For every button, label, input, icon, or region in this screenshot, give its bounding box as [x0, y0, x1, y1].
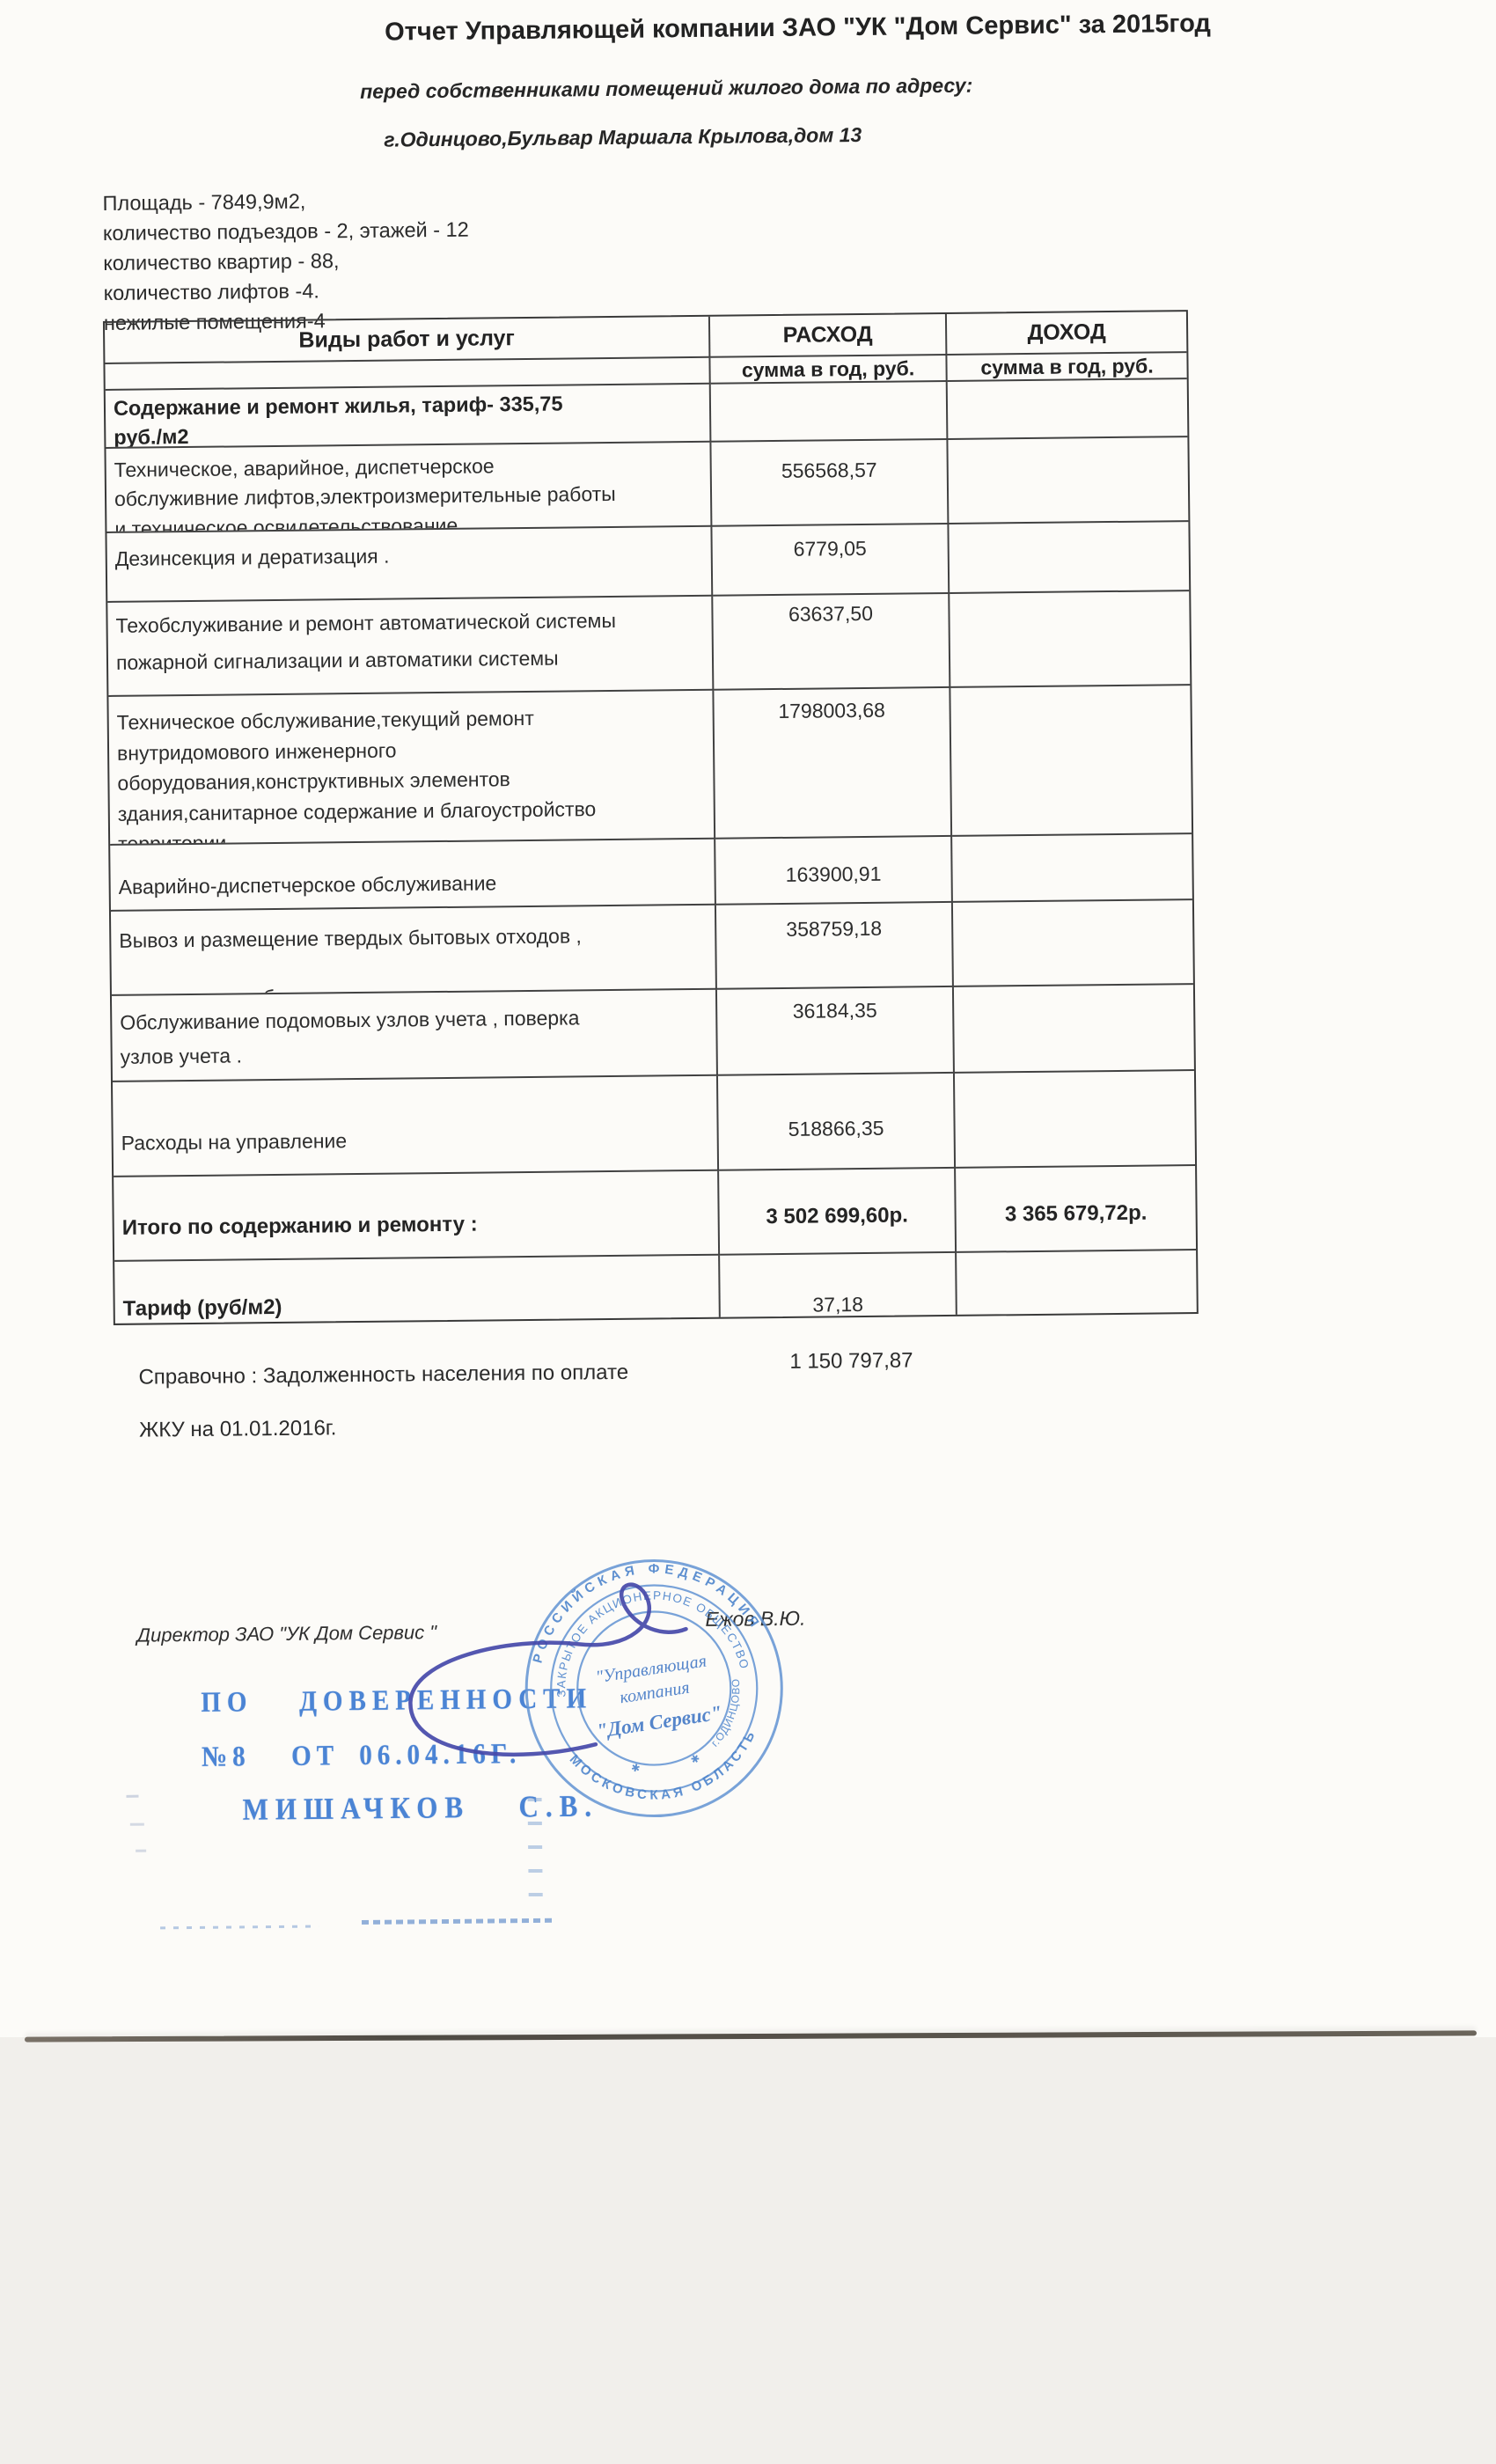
reference-debt-value: 1 150 797,87 — [789, 1348, 913, 1374]
table-row-income — [957, 1250, 1197, 1315]
table-row-income — [953, 900, 1193, 987]
table-row-income — [954, 985, 1194, 1074]
table-row-service: Дезинсекция и дератизация . — [106, 527, 713, 603]
report-subtitle: перед собственниками помещений жилого до… — [50, 70, 1282, 107]
scan-artifact-mark-2 — [130, 1823, 144, 1826]
signature-stroke — [409, 1584, 687, 1756]
reference-line-1: Справочно : Задолженность населения по о… — [138, 1360, 628, 1390]
reference-line-2: ЖКУ на 01.01.2016г. — [139, 1416, 336, 1442]
table-row-expense: 3 502 699,60р. — [719, 1169, 957, 1256]
table-row-income — [950, 686, 1192, 837]
table-row-income — [948, 379, 1188, 440]
scan-artifact-dashes-right — [362, 1918, 554, 1925]
table-row-income — [949, 522, 1189, 594]
scan-artifact-mark-1 — [126, 1795, 138, 1798]
table-row-service: Содержание и ремонт жилья, тариф- 335,75… — [106, 385, 712, 449]
header-services: Виды работ и услуг — [105, 317, 710, 364]
scan-artifact-vertical-dashes — [528, 1798, 543, 1912]
report-address: г.Одинцово,Бульвар Маршала Крылова,дом 1… — [51, 120, 1195, 156]
table-row-expense: 1798003,68 — [714, 688, 952, 840]
table-row-expense: 37,18 — [720, 1253, 957, 1317]
table-row-service: Тариф (руб/м2) — [114, 1256, 721, 1324]
services-table: Виды работ и услуг РАСХОД ДОХОД сумма в … — [103, 310, 1199, 1325]
director-signature — [383, 1558, 719, 1773]
table-row-expense — [711, 382, 949, 443]
table-row-service: Вывоз и размещение твердых бытовых отход… — [111, 906, 717, 996]
table-row-income — [955, 1071, 1195, 1169]
header-expense-sub: сумма в год, руб. — [710, 356, 947, 385]
scan-artifact-mark-3 — [136, 1850, 146, 1852]
table-row-income — [948, 437, 1188, 524]
table-row-service: Итого по содержанию и ремонту : — [114, 1171, 720, 1262]
table-row-income — [950, 591, 1190, 688]
table-row-expense: 63637,50 — [713, 594, 950, 691]
header-income: ДОХОД — [947, 312, 1186, 356]
table-row-service: Аварийно-диспетчерское обслуживание — [110, 840, 716, 912]
scanned-document-page: Отчет Управляющей компании ЗАО "УК "Дом … — [0, 0, 1496, 2464]
table-row-expense: 36184,35 — [717, 987, 955, 1076]
scan-artifact-dashes-left — [160, 1925, 319, 1930]
table-row-service: Техническое обслуживание,текущий ремонт … — [108, 691, 715, 846]
building-info-apartments: количество квартир - 88, — [103, 245, 469, 278]
table-row-expense: 163900,91 — [715, 837, 953, 906]
table-row-expense: 358759,18 — [716, 903, 954, 990]
table-row-service: Техническое, аварийное, диспетчерское об… — [106, 443, 712, 533]
building-info-elevators: количество лифтов -4. — [103, 275, 469, 308]
building-info-area: Площадь - 7849,9м2, — [102, 185, 468, 218]
table-row-expense: 6779,05 — [712, 524, 950, 597]
table-row-income — [952, 834, 1192, 903]
table-row-expense: 518866,35 — [718, 1074, 956, 1171]
document-content: Отчет Управляющей компании ЗАО "УК "Дом … — [0, 0, 1496, 2042]
building-info-entrances: количество подъездов - 2, этажей - 12 — [103, 215, 469, 248]
table-row-expense: 556568,57 — [711, 440, 949, 527]
header-income-sub: сумма в год, руб. — [947, 353, 1186, 382]
table-row-income: 3 365 679,72р. — [956, 1166, 1196, 1253]
table-row-service: Техобслуживание и ремонт автоматической … — [107, 597, 714, 697]
report-title: Отчет Управляющей компании ЗАО "УК "Дом … — [296, 9, 1299, 48]
table-row-service: Обслуживание подомовых узлов учета , пов… — [112, 990, 718, 1082]
table-row-service: Расходы на управление — [113, 1076, 719, 1177]
header-expense: РАСХОД — [710, 314, 947, 358]
building-info: Площадь - 7849,9м2, количество подъездов… — [102, 185, 470, 338]
